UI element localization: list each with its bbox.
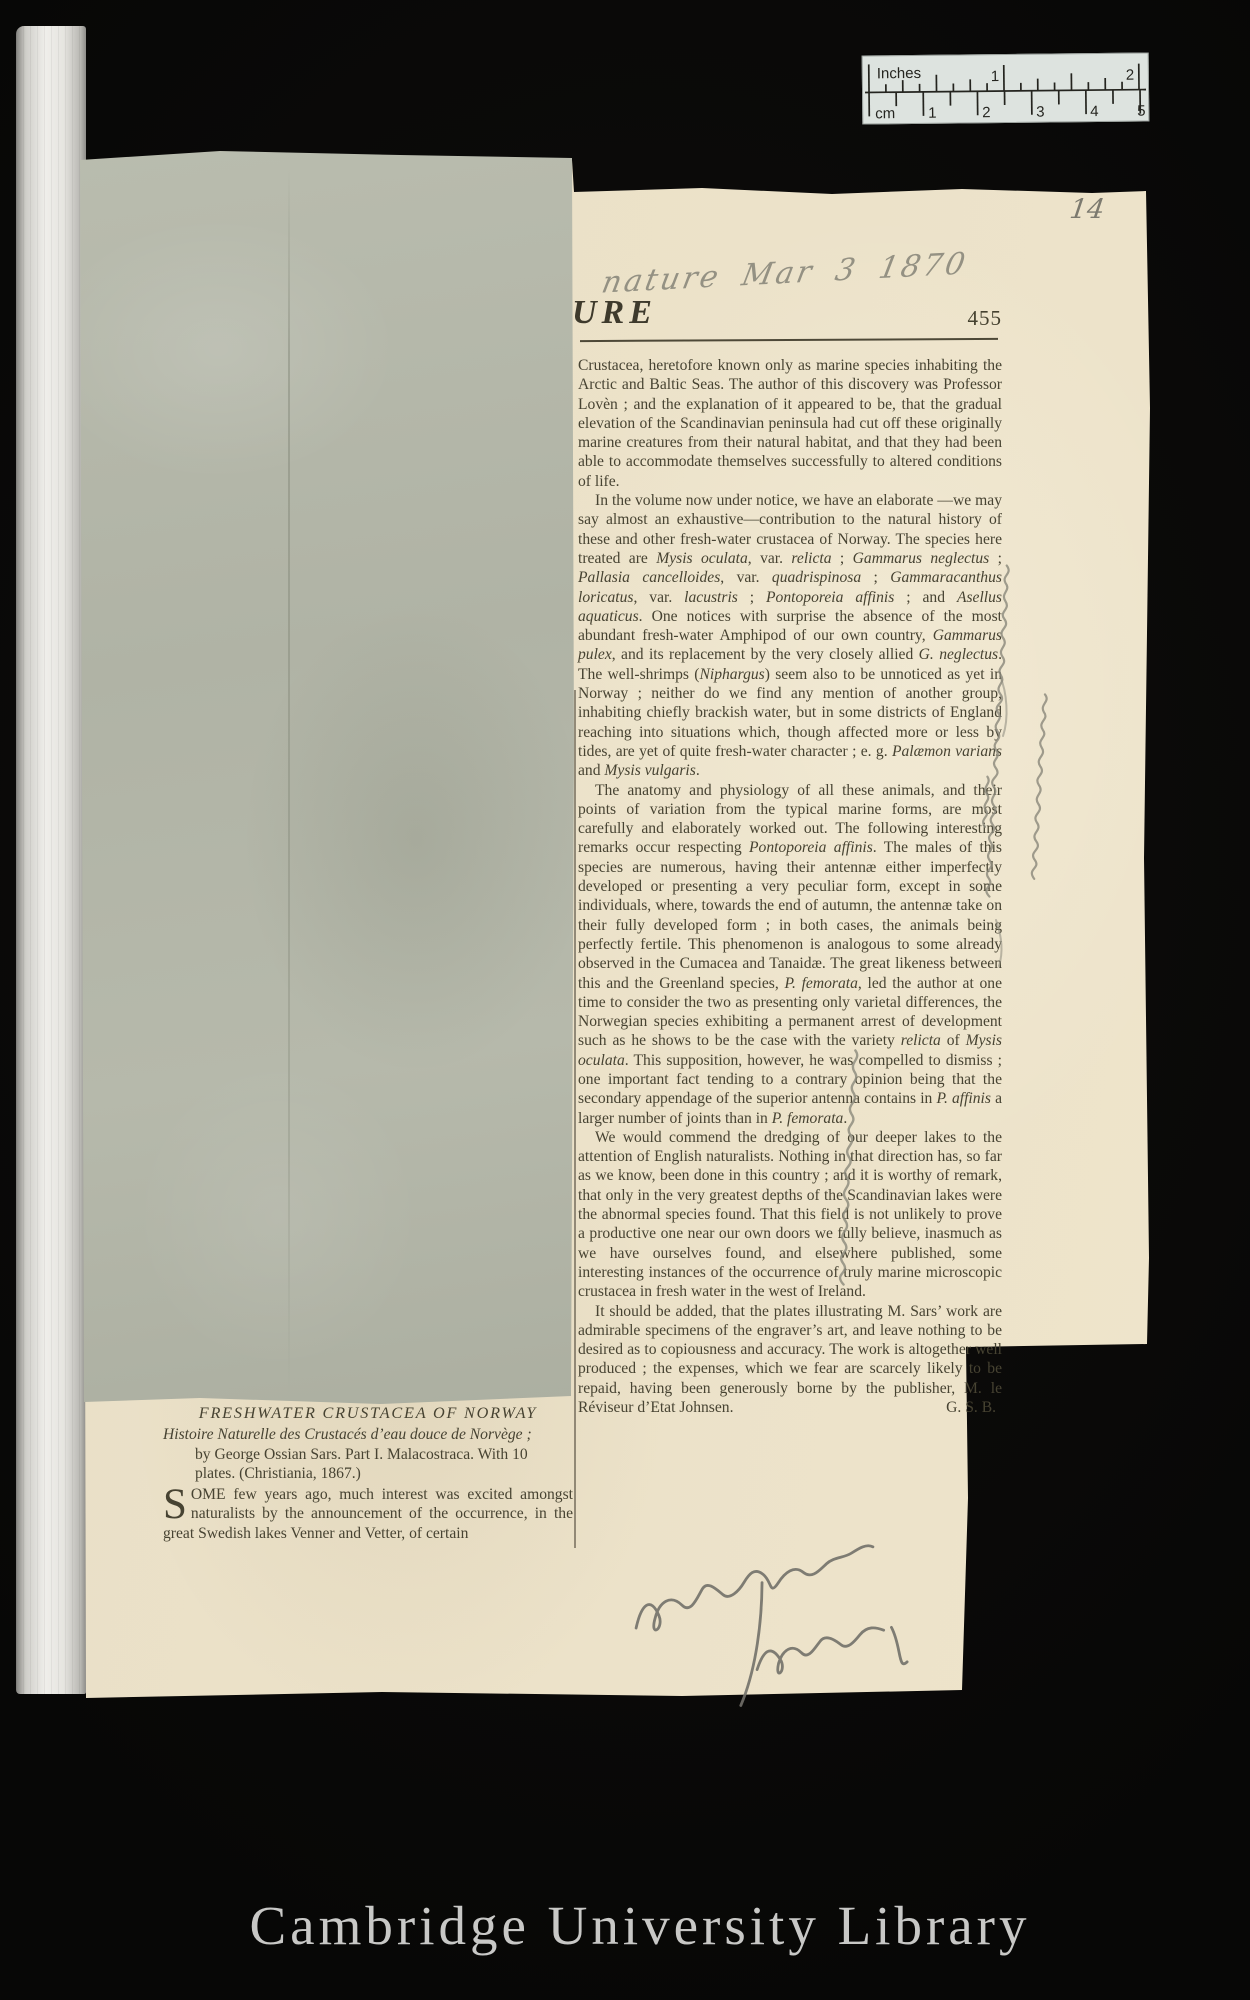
paragraph: In the volume now under notice, we have … xyxy=(578,491,1002,780)
scale-ruler: Inches 1 2 cm 1 2 3 4 5 xyxy=(862,52,1150,124)
book-fore-edge xyxy=(16,26,86,1694)
paragraph: Crustacea, heretofore known only as mari… xyxy=(578,356,1002,491)
ruler-cm-number-5: 5 xyxy=(1137,103,1146,120)
intro-text: OME few years ago, much interest was exc… xyxy=(163,1486,573,1542)
ruler-inches-label: Inches xyxy=(877,65,921,82)
citation-detail: by George Ossian Sars. Part I. Malacostr… xyxy=(195,1445,567,1484)
printed-page-number: 455 xyxy=(942,306,1002,331)
paragraph: We would commend the dredging of our dee… xyxy=(578,1128,1002,1302)
article-column-right: Crustacea, heretofore known only as mari… xyxy=(578,356,1002,1417)
intro-paragraph: SOME few years ago, much interest was ex… xyxy=(163,1485,573,1543)
ruler-cm-number-3: 3 xyxy=(1036,104,1045,121)
library-watermark: Cambridge University Library xyxy=(250,1894,1031,1957)
sheet-crease-line xyxy=(288,168,290,1396)
ruler-cm-label: cm xyxy=(875,105,895,122)
handwritten-folio-number: 14 xyxy=(1068,194,1107,225)
ruler-cm-number-1: 1 xyxy=(928,105,937,122)
article-column-left: FRESHWATER CRUSTACEA OF NORWAY Histoire … xyxy=(163,1404,573,1543)
ruler-graduations: Inches 1 2 cm 1 2 3 4 5 xyxy=(863,54,1149,124)
ruler-inch-number-1: 1 xyxy=(991,68,1000,85)
ruler-cm-number-2: 2 xyxy=(982,104,991,121)
ruler-cm-number-4: 4 xyxy=(1090,103,1099,120)
column-divider-rule xyxy=(574,690,576,1548)
pasted-blank-sheet xyxy=(80,148,574,1404)
paragraph: The anatomy and physiology of all these … xyxy=(578,781,1002,1128)
ruler-inch-number-2: 2 xyxy=(1126,67,1135,84)
citation-title: Histoire Naturelle des Crustacés d’eau d… xyxy=(163,1425,573,1444)
drop-cap: S xyxy=(163,1485,191,1521)
article-title: FRESHWATER CRUSTACEA OF NORWAY xyxy=(163,1404,573,1423)
ruler-cm-ticks xyxy=(869,90,1140,117)
photographed-album-page: URE 455 Crustacea, heretofore known only… xyxy=(0,0,1250,2000)
